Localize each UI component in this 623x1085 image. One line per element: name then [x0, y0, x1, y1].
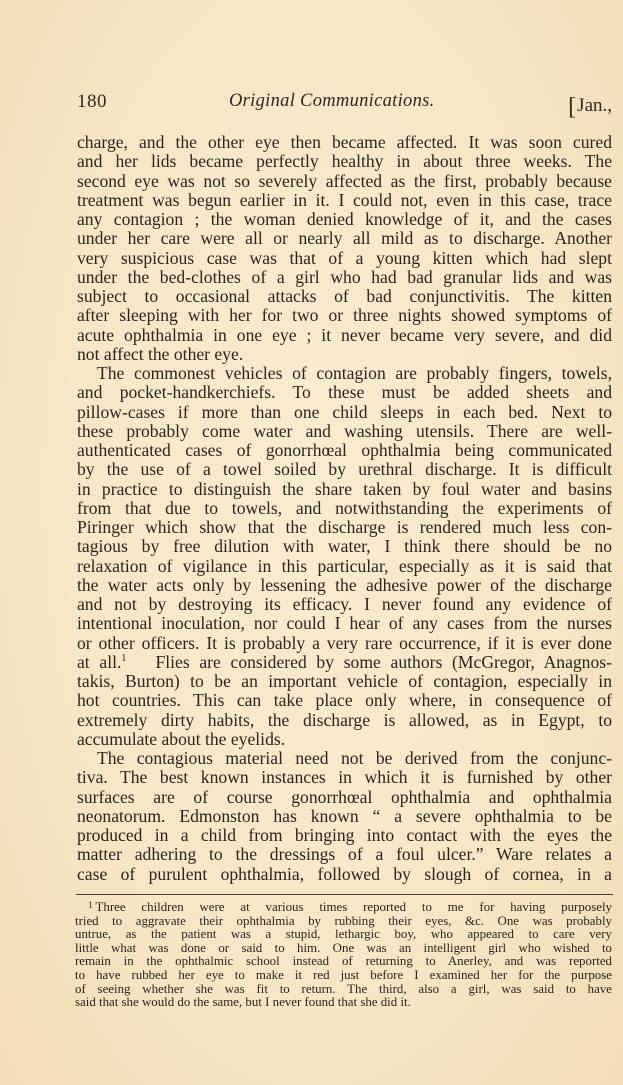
- text-line: matter adhering to the dressings of a fo…: [77, 845, 612, 864]
- text-line: authenticated cases of gonorrhœal ophtha…: [77, 441, 612, 460]
- text-line: not affect the other eye.: [77, 345, 612, 364]
- text-line: from that due to towels, and notwithstan…: [77, 499, 612, 518]
- book-page: 180 Original Communications. [Jan., char…: [0, 0, 623, 1085]
- text-line: tagious by free dilution with water, I t…: [77, 537, 612, 556]
- footnote-reference[interactable]: 1: [121, 653, 126, 664]
- text-line: surfaces are of course gonorrhœal ophtha…: [77, 788, 612, 807]
- footnote: 1Three children were at various times re…: [75, 901, 612, 1010]
- text-line: in practice to distinguish the share tak…: [77, 480, 612, 499]
- footnote-marker: 1: [88, 900, 93, 910]
- text-line: case of purulent ophthalmia, followed by…: [77, 865, 612, 884]
- text-line: after sleeping with her for two or three…: [77, 306, 612, 325]
- text-line: or other officers. It is probably a very…: [77, 634, 612, 653]
- text-line: very suspicious case was that of a young…: [77, 249, 612, 268]
- text-line: second eye was not so severely affected …: [77, 172, 612, 191]
- text-line: extremely dirty habits, the discharge is…: [77, 711, 612, 730]
- footnote-line: remain in the ophthalmic school instead …: [75, 955, 612, 969]
- text-line: accumulate about the eyelids.: [77, 730, 612, 749]
- text-line: subject to occasional attacks of bad con…: [77, 287, 612, 306]
- text-line: Piringer which show that the discharge i…: [77, 518, 612, 537]
- footnote-line: tried to aggravate their ophthalmia by r…: [75, 915, 612, 929]
- text-line: hot countries. This can take place only …: [77, 691, 612, 710]
- footnote-text: Three children were at various times rep…: [96, 900, 613, 914]
- footnote-line: said that she would do the same, but I n…: [75, 996, 612, 1010]
- page-number: 180: [77, 91, 107, 113]
- footnote-line: to have rubbed her eye to make it red ju…: [75, 969, 612, 983]
- issue-date: [Jan.,: [568, 91, 612, 118]
- body-text: charge, and the other eye then became af…: [77, 133, 612, 884]
- running-head: 180 Original Communications. [Jan.,: [77, 91, 612, 115]
- date-bracket: [: [568, 94, 576, 120]
- text-line: relaxation of vigilance in this particul…: [77, 557, 612, 576]
- text-line: these probably come water and washing ut…: [77, 422, 612, 441]
- text-line: and pocket-handkerchiefs. To these must …: [77, 383, 612, 402]
- text-line: and not by destroying its efficacy. I ne…: [77, 595, 612, 614]
- text-line: takis, Burton) to be an important vehicl…: [77, 672, 612, 691]
- footnote-line: little what was done or said to him. One…: [75, 942, 612, 956]
- text-line: charge, and the other eye then became af…: [77, 133, 612, 152]
- footnote-line: 1Three children were at various times re…: [75, 901, 612, 915]
- text-fragment: Flies are considered by some authors (Mc…: [155, 652, 612, 672]
- text-line: produced in a child from bringing into c…: [77, 826, 612, 845]
- text-line-with-footnote: at all.1 Flies are considered by some au…: [77, 653, 612, 672]
- footnote-line: untrue, as the patient was a stupid, let…: [75, 928, 612, 942]
- text-line: acute ophthalmia in one eye ; it never b…: [77, 326, 612, 345]
- paragraph-start-line: The commonest vehicles of contagion are …: [77, 364, 612, 383]
- text-line: treatment was begun earlier in it. I cou…: [77, 191, 612, 210]
- text-line: under the bed-clothes of a girl who had …: [77, 268, 612, 287]
- text-line: neonatorum. Edmonston has known “ a seve…: [77, 807, 612, 826]
- text-line: pillow-cases if more than one child slee…: [77, 403, 612, 422]
- text-line: intentional inoculation, nor could I hea…: [77, 614, 612, 633]
- text-line: under her care were all or nearly all mi…: [77, 229, 612, 248]
- text-line: tiva. The best known instances in which …: [77, 768, 612, 787]
- footnote-divider: [76, 894, 613, 895]
- text-fragment: at all.: [77, 652, 121, 672]
- running-title: Original Communications.: [229, 91, 435, 112]
- paragraph-start-line: The contagious material need not be deri…: [77, 749, 612, 768]
- footnote-line: of seeing whether she was fit to return.…: [75, 983, 612, 997]
- text-line: the water acts only by lessening the adh…: [77, 576, 612, 595]
- text-line: and her lids became perfectly healthy in…: [77, 152, 612, 171]
- text-line: any contagion ; the woman denied knowled…: [77, 210, 612, 229]
- text-line: by the use of a towel soiled by urethral…: [77, 460, 612, 479]
- date-text: Jan.,: [577, 95, 612, 116]
